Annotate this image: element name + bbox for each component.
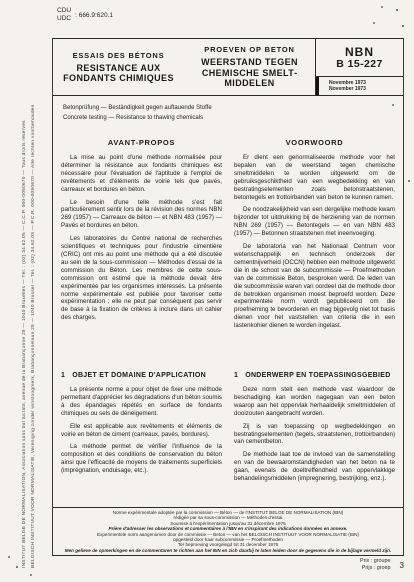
scan-noise-dot [402, 25, 404, 27]
body-columns: AVANT-PROPOS La mise au point d'une méth… [53, 130, 403, 507]
header-title-dutch: PROEVEN OP BETON WEERSTAND TEGEN CHEMISC… [184, 39, 315, 95]
footer-note-nl: Men gelieve de opmerkingen en de comment… [59, 548, 397, 553]
standard-code-box: NBN B 15-227 Novembre 1973 November 1973 [315, 39, 403, 95]
scan-noise-dot [16, 566, 18, 568]
price-label-fr: Prix : groupe [360, 558, 391, 565]
date-dutch: November 1973 [329, 86, 403, 93]
document-frame: ESSAIS DES BÉTONS RESISTANCE AUX FONDANT… [52, 38, 404, 556]
section-title: OBJET ET DOMAINE D'APPLICATION [72, 372, 206, 379]
scan-noise-dot [392, 104, 394, 106]
paragraph: Elle est applicable aux revêtements et é… [61, 423, 222, 439]
section-number: 1 [234, 372, 238, 379]
price-group: Prix : groupe Prijs : groep 3 [360, 558, 404, 572]
paragraph: Les laboratoires du Centre national de r… [61, 235, 222, 322]
scan-noise-dot [396, 9, 398, 11]
series-title-fr: ESSAIS DES BÉTONS [73, 51, 165, 60]
scanned-standard-page: INSTITUT BELGE DE NORMALISATION, Associa… [0, 0, 414, 582]
price-label-nl: Prijs : groep [360, 565, 391, 572]
scan-noise-dot [8, 556, 10, 558]
paragraph: Er dient een genormaliseerde methode voo… [234, 154, 395, 201]
header-title-french: ESSAIS DES BÉTONS RESISTANCE AUX FONDANT… [53, 39, 184, 95]
column-dutch: VOORWOORD Er dient een genormaliseerde m… [234, 130, 395, 507]
section1-heading-nl: 1 ONDERWERP EN TOEPASSINGSGEBIED [234, 372, 395, 379]
foreword-heading-nl: VOORWOORD [234, 138, 395, 147]
scan-noise-dot [373, 22, 375, 24]
descriptor-english: Concrete testing — Resistance to thawing… [63, 113, 393, 123]
document-title-fr: RESISTANCE AUX FONDANTS CHIMIQUES [57, 63, 180, 84]
side-imprint-french: INSTITUT BELGE DE NORMALISATION, Associa… [22, 16, 27, 568]
udc-classification: CDU UDC : 666.9:620.1 [57, 7, 113, 23]
section-title: ONDERWERP EN TOEPASSINGSGEBIED [245, 372, 390, 379]
standard-org: NBN [345, 46, 374, 58]
paragraph: Le besoin d'une telle méthode s'est fait… [61, 199, 222, 231]
udc-value: : 666.9:620.1 [75, 12, 113, 19]
paragraph: De methode laat toe de invloed van de sa… [234, 451, 395, 483]
document-title-nl: WEERSTAND TEGEN CHEMISCHE SMELT­MIDDELEN [188, 57, 311, 89]
paragraph: Deze norm stelt een methode vast waardoo… [234, 386, 395, 418]
scan-noise-dot [381, 6, 383, 8]
price-group-number: 3 [400, 561, 404, 570]
side-imprint-dutch: BELGISCH INSTITUUT VOOR NORMALISATIE, Ve… [31, 16, 36, 568]
footer-imprint: Norme expérimentale adoptée par la commi… [53, 507, 403, 556]
udc-label-cdu: CDU [57, 7, 71, 15]
standard-number: B 15-227 [336, 58, 382, 70]
descriptors: Betonprüfung — Beständigkeit gegen aufta… [53, 96, 403, 130]
foreword-heading-fr: AVANT-PROPOS [61, 138, 222, 147]
paragraph: De laboratoria van het Nationaal Centrum… [234, 243, 395, 330]
column-french: AVANT-PROPOS La mise au point d'une méth… [61, 130, 222, 507]
series-title-nl: PROEVEN OP BETON [204, 45, 294, 54]
section-number: 1 [61, 372, 65, 379]
header: ESSAIS DES BÉTONS RESISTANCE AUX FONDANT… [53, 38, 403, 96]
section1-heading-fr: 1 OBJET ET DOMAINE D'APPLICATION [61, 372, 222, 379]
descriptor-german: Betonprüfung — Beständigkeit gegen aufta… [63, 103, 393, 113]
standard-dates: Novembre 1973 November 1973 [316, 77, 403, 95]
paragraph: Zij is van toepassing op wegbedekkingen … [234, 423, 395, 447]
paragraph: La mise au point d'une méthode normalisé… [61, 154, 222, 194]
paragraph: De noodzakelijkheid van een dergelijke m… [234, 206, 395, 238]
paragraph: La méthode permet de vérifier l'influenc… [61, 443, 222, 475]
scan-noise-dot [30, 574, 32, 576]
scan-noise-dot [408, 180, 410, 182]
udc-label-udc: UDC [57, 15, 71, 23]
paragraph: La présente norme a pour objet de fixer … [61, 386, 222, 418]
